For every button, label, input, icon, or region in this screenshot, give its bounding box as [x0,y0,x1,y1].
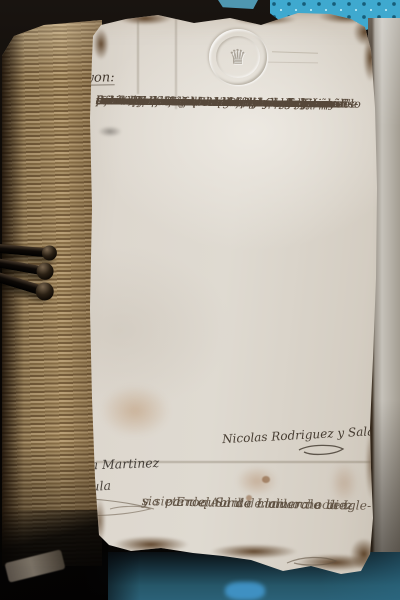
embossed-seal: ♛ [209,29,267,85]
crease-line [137,20,139,94]
scorch-mark [93,28,109,60]
photo-scene: ♛ 1871 Maria Bayon: En el Santo malvar d… [0,0,400,600]
fabric-highlight [225,582,265,600]
stain [262,476,270,483]
text-line: espresados = [96,92,210,110]
stain [100,385,170,437]
record-text: En el Santo malvar de la Iglesiaparroqui… [96,92,380,96]
seal-inner-ring: ♛ [216,36,260,78]
impressed-mark [272,51,318,54]
stain [236,466,278,496]
crown-icon: ♛ [229,45,247,69]
text-line: y siete de Abril de mil ochocien- [142,491,353,516]
impressed-mark [268,62,318,64]
signature-flourish-icon [296,443,348,457]
stain [98,126,122,137]
